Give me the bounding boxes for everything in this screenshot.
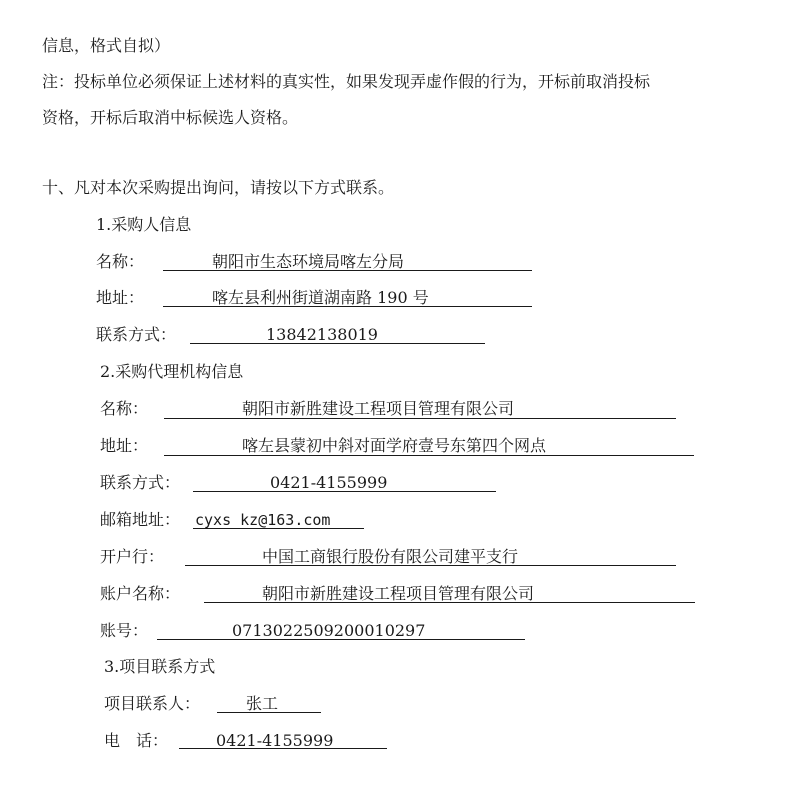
- agency-contact-value: 0421-4155999: [270, 473, 387, 493]
- purchaser-address-value: 喀左县利州街道湖南路 190 号: [212, 288, 429, 308]
- agency-heading: 2.采购代理机构信息: [100, 362, 243, 382]
- section-heading: 十、凡对本次采购提出询问，请按以下方式联系。: [42, 178, 394, 198]
- agency-bank-value: 中国工商银行股份有限公司建平支行: [262, 547, 518, 567]
- purchaser-contact-label: 联系方式：: [96, 325, 176, 345]
- agency-account-name-label: 账户名称：: [100, 584, 180, 604]
- agency-name-label: 名称：: [100, 399, 148, 419]
- purchaser-address-label: 地址：: [96, 288, 144, 308]
- agency-bank-label: 开户行：: [100, 547, 164, 567]
- agency-name-value: 朝阳市新胜建设工程项目管理有限公司: [242, 399, 514, 419]
- project-heading: 3.项目联系方式: [104, 657, 215, 677]
- agency-account-no-label: 账号：: [100, 621, 148, 641]
- project-contact-person-label: 项目联系人：: [104, 694, 200, 714]
- agency-email-value: cyxs_kz@163.com: [195, 510, 330, 530]
- intro-line: 信息，格式自拟）: [42, 36, 170, 56]
- purchaser-name-value: 朝阳市生态环境局喀左分局: [212, 252, 404, 272]
- project-phone-label: 电 话：: [104, 731, 168, 751]
- purchaser-heading: 1.采购人信息: [96, 215, 191, 235]
- purchaser-name-label: 名称：: [96, 252, 144, 272]
- agency-address-value: 喀左县蒙初中斜对面学府壹号东第四个网点: [242, 436, 546, 456]
- purchaser-contact-value: 13842138019: [266, 325, 378, 345]
- note-line-1: 注：投标单位必须保证上述材料的真实性，如果发现弄虚作假的行为，开标前取消投标: [42, 72, 650, 92]
- agency-contact-label: 联系方式：: [100, 473, 180, 493]
- project-contact-person-value: 张工: [246, 694, 278, 714]
- agency-account-name-value: 朝阳市新胜建设工程项目管理有限公司: [262, 584, 534, 604]
- note-line-2: 资格，开标后取消中标候选人资格。: [42, 108, 298, 128]
- agency-email-label: 邮箱地址：: [100, 510, 180, 530]
- agency-account-no-value: 0713022509200010297: [232, 621, 425, 641]
- agency-address-label: 地址：: [100, 436, 148, 456]
- project-phone-value: 0421-4155999: [216, 731, 333, 751]
